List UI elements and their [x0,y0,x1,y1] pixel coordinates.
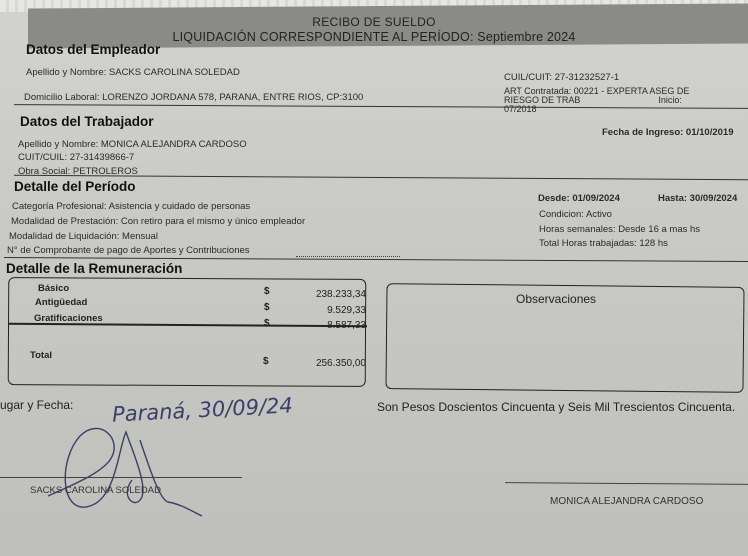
periodo-comprobante: N° de Comprobante de pago de Aportes y C… [7,245,250,256]
fecha-ingreso: Fecha de Ingreso: 01/10/2019 [602,127,733,138]
currency-symbol: $ [264,318,270,329]
empleador-art: ART Contratada: 00221 - EXPERTA ASEG DE … [504,87,689,114]
worker-signature-name: MONICA ALEJANDRA CARDOSO [550,496,703,507]
importe-antiguedad: 9.529,33 [276,305,366,316]
periodo-categoria: Categoría Profesional: Asistencia y cuid… [12,201,250,212]
comprobante-dotted-line [296,255,400,257]
worker-signature-line [505,482,748,485]
concepto-gratificaciones: Gratificaciones [34,313,103,324]
concepto-basico: Básico [38,283,69,294]
receipt-title: RECIBO DE SUELDO [0,15,748,29]
trabajador-cuit: CUIT/CUIL: 27-31439866-7 [18,152,134,163]
currency-symbol: $ [263,356,269,367]
employer-signature-name: SACKS CAROLINA SOLEDAD [30,485,161,496]
importe-basico: 238.233,34 [276,289,366,300]
section-empleador: Datos del Empleador [26,42,160,57]
periodo-desde: Desde: 01/09/2024 [538,193,620,204]
empleador-domicilio: Domicilio Laboral: LORENZO JORDANA 578, … [24,92,363,103]
art-inicio-label: Inicio: [658,95,682,105]
lugar-fecha-label: ugar y Fecha: [0,398,73,412]
periodo-condicion: Condicion: Activo [539,209,612,220]
total-label: Total [30,350,52,361]
periodo-horas-semanales: Horas semanales: Desde 16 a mas hs [539,224,700,235]
employer-signature-line [0,477,242,478]
periodo-total-horas: Total Horas trabajadas: 128 hs [539,238,668,249]
monto-en-letras: Son Pesos Doscientos Cincuenta y Seis Mi… [377,402,737,413]
section-periodo: Detalle del Período [14,179,136,194]
total-importe: 256.350,00 [276,358,366,369]
concepto-antiguedad: Antigüedad [35,297,87,308]
importe-gratificaciones: 8.587,33 [276,320,366,331]
section-remuneracion: Detalle de la Remuneración [6,261,182,276]
periodo-modalidad-prestacion: Modalidad de Prestación: Con retiro para… [11,216,305,227]
empleador-cuit: CUIL/CUIT: 27-31232527-1 [504,72,619,83]
section-trabajador: Datos del Trabajador [20,114,154,129]
periodo-modalidad-liquidacion: Modalidad de Liquidación: Mensual [9,231,158,242]
trabajador-nombre: Apellido y Nombre: MONICA ALEJANDRA CARD… [18,139,247,150]
currency-symbol: $ [264,302,270,313]
currency-symbol: $ [264,286,270,297]
empleador-nombre: Apellido y Nombre: SACKS CAROLINA SOLEDA… [26,67,240,78]
observaciones-title: Observaciones [516,292,596,306]
periodo-hasta: Hasta: 30/09/2024 [658,193,737,204]
employer-signature-icon [40,420,220,530]
